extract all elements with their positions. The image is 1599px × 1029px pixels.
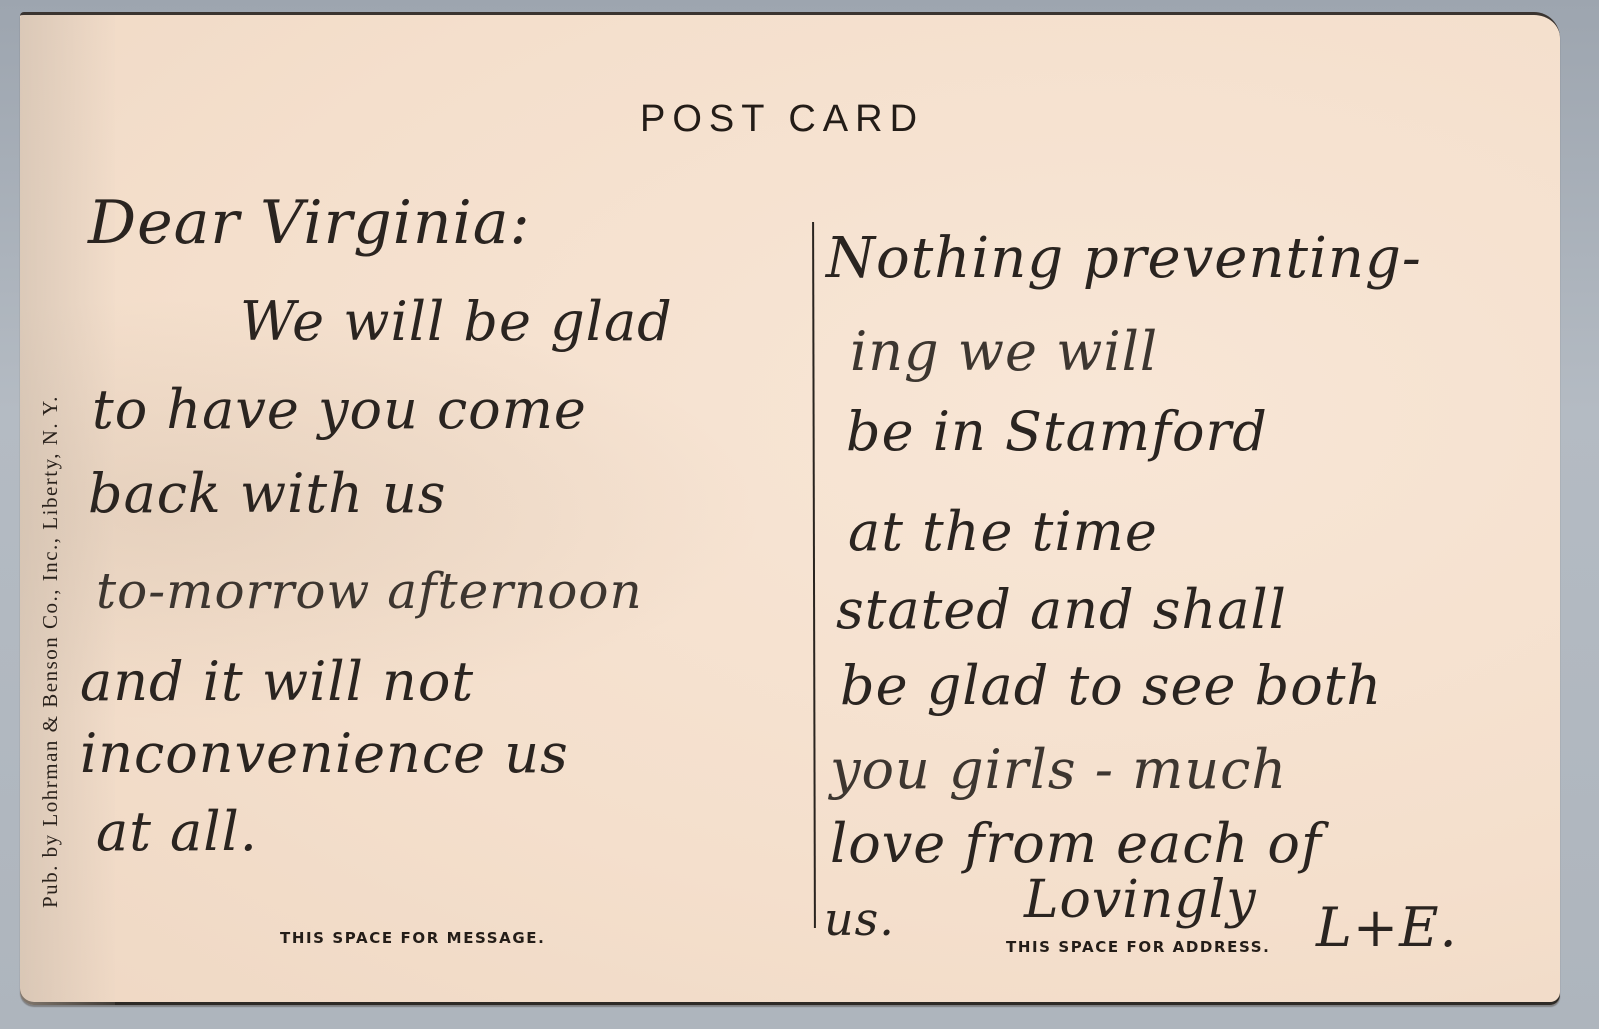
continuation-line-6: be glad to see both: [840, 654, 1382, 717]
message-line-4: to-morrow afternoon: [96, 562, 643, 620]
continuation-line-2: ing we will: [850, 320, 1158, 383]
message-line-5: and it will not: [80, 650, 474, 713]
continuation-line-9: us.: [824, 892, 895, 946]
message-line-1: We will be glad: [240, 290, 673, 353]
continuation-line-5: stated and shall: [836, 578, 1287, 641]
message-space-label: THIS SPACE FOR MESSAGE.: [280, 929, 545, 947]
continuation-line-1: Nothing preventing-: [826, 226, 1422, 291]
continuation-line-7: you girls - much: [830, 738, 1287, 801]
signature: L+E.: [1316, 896, 1458, 959]
continuation-line-4: at the time: [848, 500, 1158, 563]
continuation-line-8: love from each of: [830, 812, 1322, 875]
publisher-imprint: Pub. by Lohrman & Benson Co., Inc., Libe…: [38, 98, 63, 908]
message-line-6: inconvenience us: [80, 722, 569, 785]
continuation-line-3: be in Stamford: [846, 400, 1268, 463]
message-line-3: back with us: [88, 462, 447, 525]
postcard-title: POST CARD: [640, 98, 924, 141]
closing: Lovingly: [1024, 870, 1257, 930]
salutation: Dear Virginia:: [88, 188, 531, 258]
address-space-label: THIS SPACE FOR ADDRESS.: [1006, 938, 1270, 956]
message-line-2: to have you come: [92, 378, 587, 441]
message-line-7: at all.: [96, 800, 258, 863]
